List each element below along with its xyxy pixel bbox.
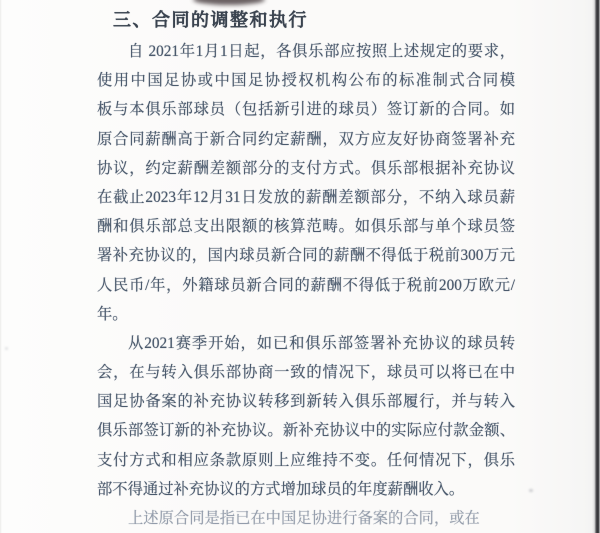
text-line: 从2021赛季开始，如已和俱乐部签署补充协议的球员转 bbox=[97, 329, 515, 358]
text-line: 支付方式和相应条款原则上应维持不变。任何情况下，俱乐 bbox=[97, 446, 515, 475]
text-line: 俱乐部签订新的补充协议。新补充协议中的实际应付款金额、 bbox=[97, 416, 515, 445]
text-line: 会，在与转入俱乐部协商一致的情况下，球员可以将已在中 bbox=[97, 358, 515, 387]
text-line: 署补充协议的，国内球员新合同的薪酬不得低于税前300万元 bbox=[97, 241, 515, 270]
document-body: 自 2021年1月1日起，各俱乐部应按照上述规定的要求，使用中国足协或中国足协授… bbox=[97, 37, 515, 533]
text-line: 酬和俱乐部总支出限额的核算范畴。如俱乐部与单个球员签 bbox=[97, 212, 515, 241]
text-line: 自 2021年1月1日起，各俱乐部应按照上述规定的要求， bbox=[97, 37, 515, 66]
scan-top-smudge-artifact bbox=[193, 0, 265, 5]
text-line: 板与本俱乐部球员（包括新引进的球员）签订新的合同。如 bbox=[97, 95, 515, 124]
scan-speck bbox=[5, 347, 8, 350]
text-line: 协议，约定薪酬差额部分的支付方式。俱乐部根据补充协议 bbox=[97, 154, 515, 183]
scan-right-edge-line bbox=[592, 0, 600, 533]
scanned-document-page: 三、合同的调整和执行 自 2021年1月1日起，各俱乐部应按照上述规定的要求，使… bbox=[0, 0, 600, 533]
text-line: 年。 bbox=[97, 300, 515, 329]
text-line: 人民币/年，外籍球员新合同的薪酬不得低于税前200万欧元/ bbox=[97, 271, 515, 300]
text-line: 部不得通过补充协议的方式增加球员的年度薪酬收入。 bbox=[97, 475, 515, 504]
text-line: 原合同薪酬高于新合同约定薪酬，双方应友好协商签署补充 bbox=[97, 125, 515, 154]
scan-left-edge bbox=[0, 0, 2, 533]
text-line: 在截止2023年12月31日发放的薪酬差额部分，不纳入球员薪 bbox=[97, 183, 515, 212]
text-line: 上述原合同是指已在中国足协进行备案的合同，或在 bbox=[97, 504, 515, 533]
section-heading: 三、合同的调整和执行 bbox=[113, 6, 308, 32]
text-line: 国足协备案的补充协议转移到新转入俱乐部履行，并与转入 bbox=[97, 387, 515, 416]
text-line: 使用中国足协或中国足协授权机构公布的标准制式合同模 bbox=[97, 66, 515, 95]
scan-speck bbox=[529, 489, 533, 492]
